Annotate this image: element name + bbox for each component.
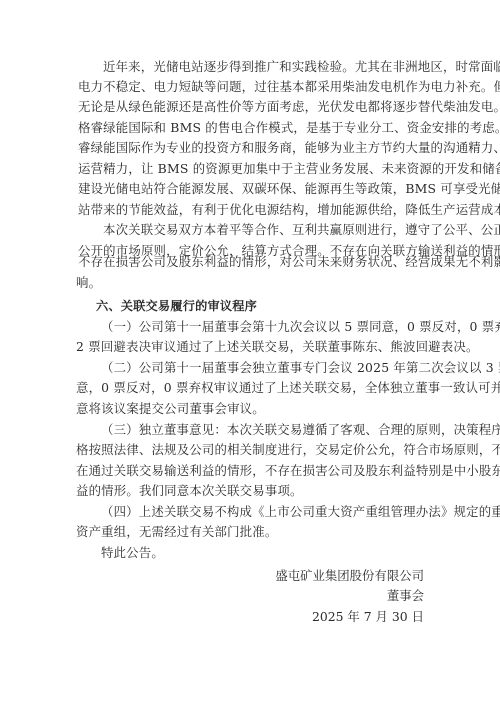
- paragraph-2-line: 响。: [76, 273, 422, 293]
- signature-board: 董事会: [387, 586, 424, 606]
- item-1-line: （一）公司第十一届董事会第十九次会议以 5 票同意，0 票反对，0 票弃权，: [101, 317, 422, 337]
- item-2-line: （二）公司第十一届董事会独立董事专门会议 2025 年第二次会议以 3 票同: [101, 358, 422, 378]
- paragraph-1-line: 睿绿能国际作为专业的投资方和服务商，能够为业主方节约大量的沟通精力、: [78, 138, 424, 158]
- closing-statement: 特此公告。: [101, 543, 422, 563]
- section-heading: 六、关联交易履行的审议程序: [96, 296, 417, 316]
- item-2-line: 意将该议案提交公司董事会审议。: [76, 399, 422, 419]
- item-3-line: 格按照法律、法规及公司的相关制度进行，交易定价公允，符合市场原则，不存: [76, 440, 422, 460]
- paragraph-1-line: 无论是从绿色能源还是高性价等方面考虑，光伏发电都将逐步替代柴油发电。: [78, 97, 424, 117]
- item-1-line: 2 票回避表决审议通过了上述关联交易，关联董事陈东、熊波回避表决。: [76, 337, 422, 357]
- paragraph-2-line: 不存在损害公司及股东利益的情形，对公司未来财务状况、经营成果无不利影: [78, 252, 424, 272]
- item-3-line: （三）独立董事意见：本次关联交易遵循了客观、合理的原则，决策程序严: [101, 420, 422, 440]
- signature-company: 盛屯矿业集团股份有限公司: [275, 566, 424, 586]
- paragraph-1-line: 格睿绿能国际和 BMS 的售电合作模式，是基于专业分工、资金安排的考虑。格: [78, 118, 424, 138]
- item-2-line: 意，0 票反对，0 票弃权审议通过了上述关联交易，全体独立董事一致认可并同: [76, 378, 422, 398]
- paragraph-1-line: 运营精力，让 BMS 的资源更加集中于主营业务发展、未来资源的开发和储备等。: [78, 159, 424, 179]
- paragraph-1-line: 电力不稳定、电力短缺等问题，过往基本都采用柴油发电机作为电力补充。但: [78, 77, 424, 97]
- item-4-line: 资产重组，无需经过有关部门批准。: [76, 522, 422, 542]
- paragraph-1-line: 站带来的节能效益，有利于优化电源结构，增加能源供给，降低生产运营成本。: [78, 200, 424, 220]
- item-4-line: （四）上述关联交易不构成《上市公司重大资产重组管理办法》规定的重大: [101, 502, 422, 522]
- paragraph-2-line: 本次关联交易双方本着平等合作、互利共赢原则进行，遵守了公平、公正、: [103, 220, 424, 240]
- paragraph-1-line: 近年来，光储电站逐步得到推广和实践检验。尤其在非洲地区，时常面临: [103, 57, 424, 77]
- paragraph-1-line: 建设光储电站符合能源发展、双碳环保、能源再生等政策，BMS 可享受光储电: [78, 179, 424, 199]
- signature-date: 2025 年 7 月 30 日: [312, 607, 424, 627]
- item-3-line: 益的情形。我们同意本次关联交易事项。: [76, 481, 422, 501]
- document-page: 近年来，光储电站逐步得到推广和实践检验。尤其在非洲地区，时常面临 电力不稳定、电…: [0, 0, 500, 707]
- item-3-line: 在通过关联交易输送利益的情形，不存在损害公司及股东利益特别是中小股东利: [76, 461, 422, 481]
